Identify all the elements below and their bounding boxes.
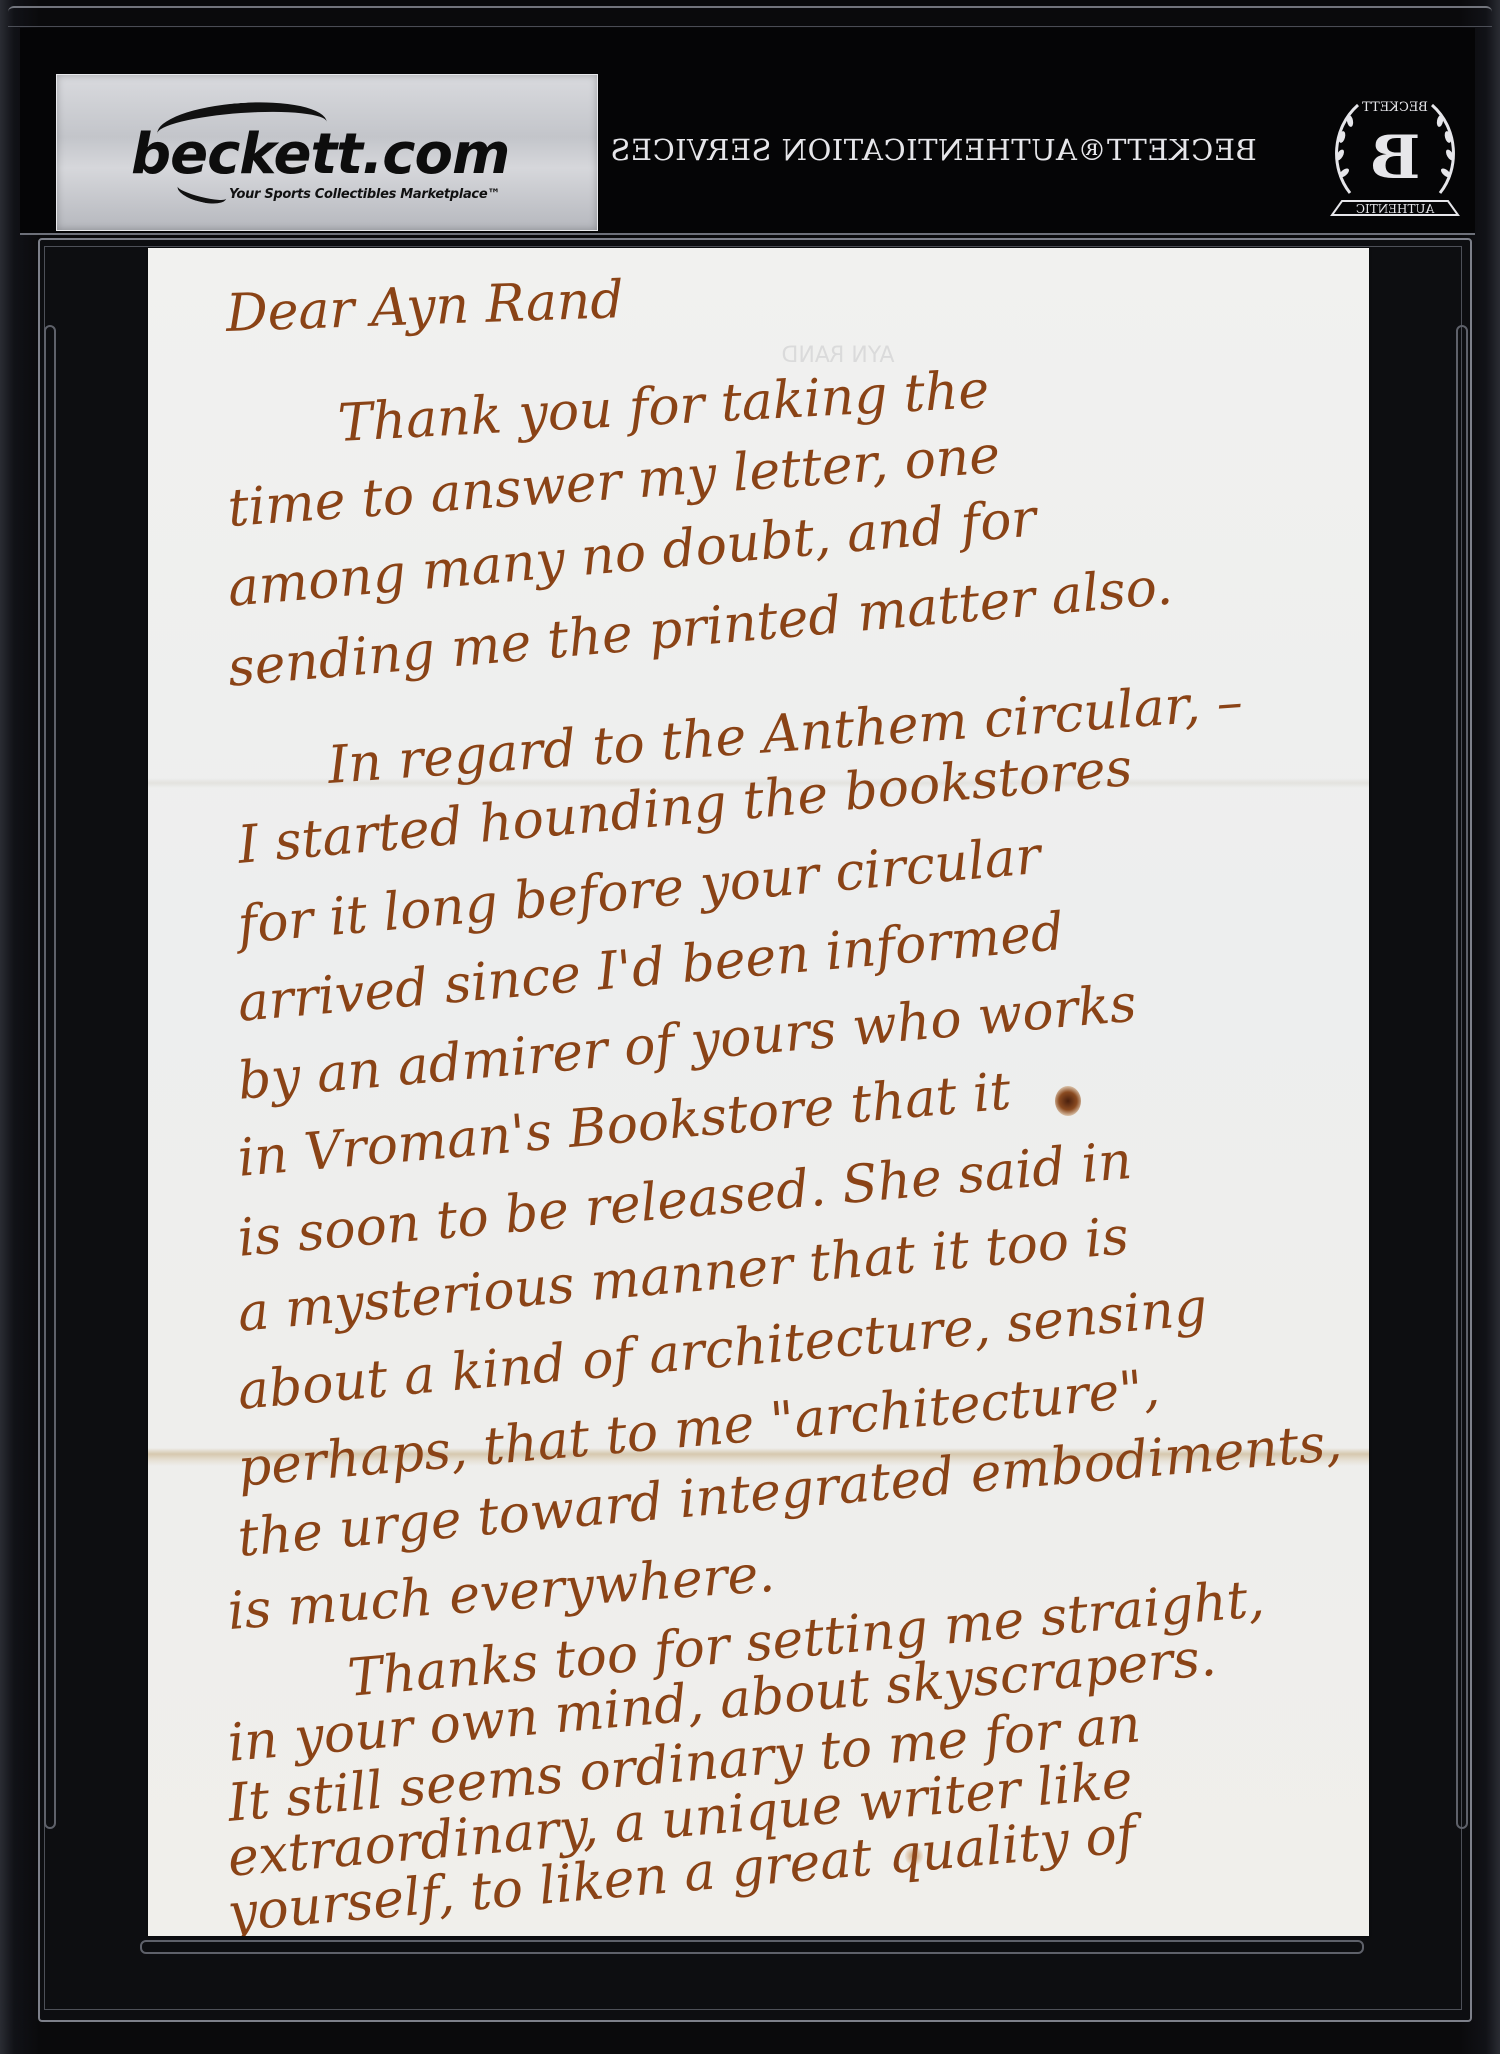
- authentic-seal-icon: BECKETT B AUTHENTIC: [1320, 83, 1470, 233]
- slab-top-edge: [8, 6, 1492, 27]
- brand-tagline: Your Sports Collectibles Marketplace™: [229, 187, 500, 202]
- seal-top-text: BECKETT: [1362, 100, 1428, 115]
- bottom-rail: [140, 1940, 1364, 1954]
- authentication-services-text: BECKETT®AUTHENTICATION SERVICES: [610, 133, 1310, 167]
- left-rail: [44, 325, 56, 1829]
- slab-label: beckett.com Your Sports Collectibles Mar…: [20, 28, 1475, 235]
- ink-spot: [1055, 1086, 1081, 1116]
- right-rail: [1456, 325, 1468, 1829]
- brand-name: beckett.com: [131, 127, 509, 183]
- seal-ribbon-text: AUTHENTIC: [1356, 202, 1435, 216]
- salutation: Dear Ayn Rand: [225, 274, 624, 340]
- seal-letter: B: [1370, 123, 1421, 193]
- handwritten-letter: AYN RAND Dear Ayn Rand Thank you for tak…: [148, 248, 1369, 1936]
- beckett-logo-plate: beckett.com Your Sports Collectibles Mar…: [56, 74, 598, 231]
- grading-slab: beckett.com Your Sports Collectibles Mar…: [0, 0, 1500, 2054]
